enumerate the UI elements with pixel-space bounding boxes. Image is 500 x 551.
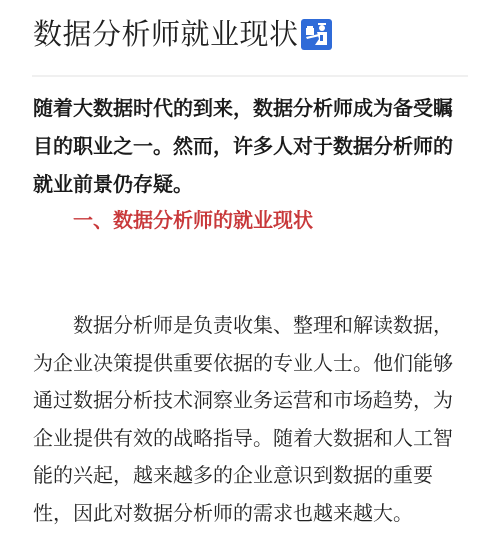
- intro-line: 就业前景仍存疑。: [33, 165, 473, 203]
- title-row: 数据分析师就业现状: [33, 16, 332, 52]
- article-page: 数据分析师就业现状 随着大数据时代的到来，数据分析师成为备受瞩 目的职业之一。然…: [0, 0, 500, 551]
- body-paragraph: 数据分析师是负责收集、整理和解读数据， 为企业决策提供重要依据的专业人士。他们能…: [33, 307, 473, 532]
- body-line: 企业提供有效的战略指导。随着大数据和人工智: [33, 420, 473, 458]
- article-title: 数据分析师就业现状: [33, 16, 299, 52]
- body-line: 能的兴起，越来越多的企业意识到数据的重要: [33, 457, 473, 495]
- section-heading: 一、数据分析师的就业现状: [73, 205, 313, 235]
- customs-officer-icon: [301, 19, 332, 50]
- intro-paragraph: 随着大数据时代的到来，数据分析师成为备受瞩 目的职业之一。然而，许多人对于数据分…: [33, 89, 473, 203]
- intro-line: 随着大数据时代的到来，数据分析师成为备受瞩: [33, 89, 473, 127]
- body-line: 数据分析师是负责收集、整理和解读数据，: [33, 307, 473, 345]
- intro-line: 目的职业之一。然而，许多人对于数据分析师的: [33, 127, 473, 165]
- body-line: 通过数据分析技术洞察业务运营和市场趋势，为: [33, 382, 473, 420]
- title-divider: [32, 75, 468, 77]
- body-line: 为企业决策提供重要依据的专业人士。他们能够: [33, 345, 473, 383]
- body-line: 性，因此对数据分析师的需求也越来越大。: [33, 495, 473, 533]
